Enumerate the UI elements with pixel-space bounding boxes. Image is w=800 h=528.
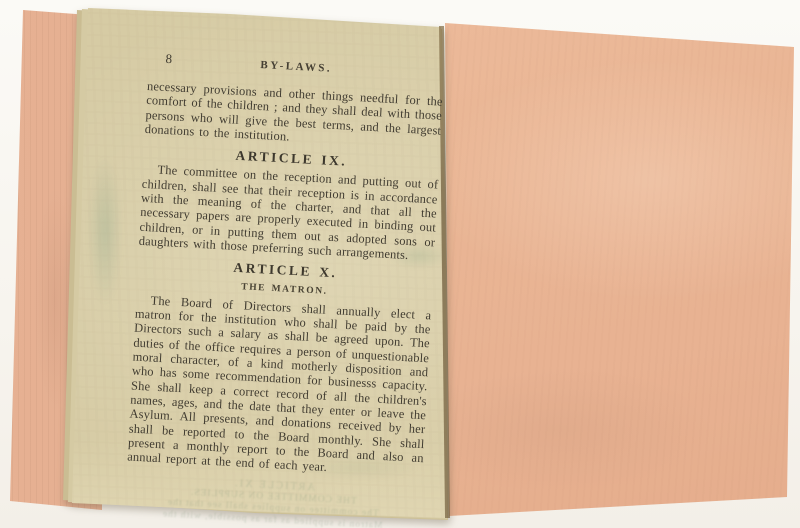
body-paragraph: necessary provisions and other things ne… [144, 79, 443, 152]
scanned-booklet-photo: 8 BY-LAWS. necessary provisions and othe… [0, 0, 800, 528]
printed-page-content: 8 BY-LAWS. necessary provisions and othe… [124, 50, 445, 528]
bleedthrough-text: ARTICLE XI.THE COMMITTEE ON SUPPLIES.The… [124, 473, 422, 528]
body-paragraph: The committee on the reception and putti… [138, 162, 438, 263]
text-blocks: necessary provisions and other things ne… [127, 79, 443, 480]
body-paragraph: The Board of Directors shall annually el… [127, 293, 432, 480]
